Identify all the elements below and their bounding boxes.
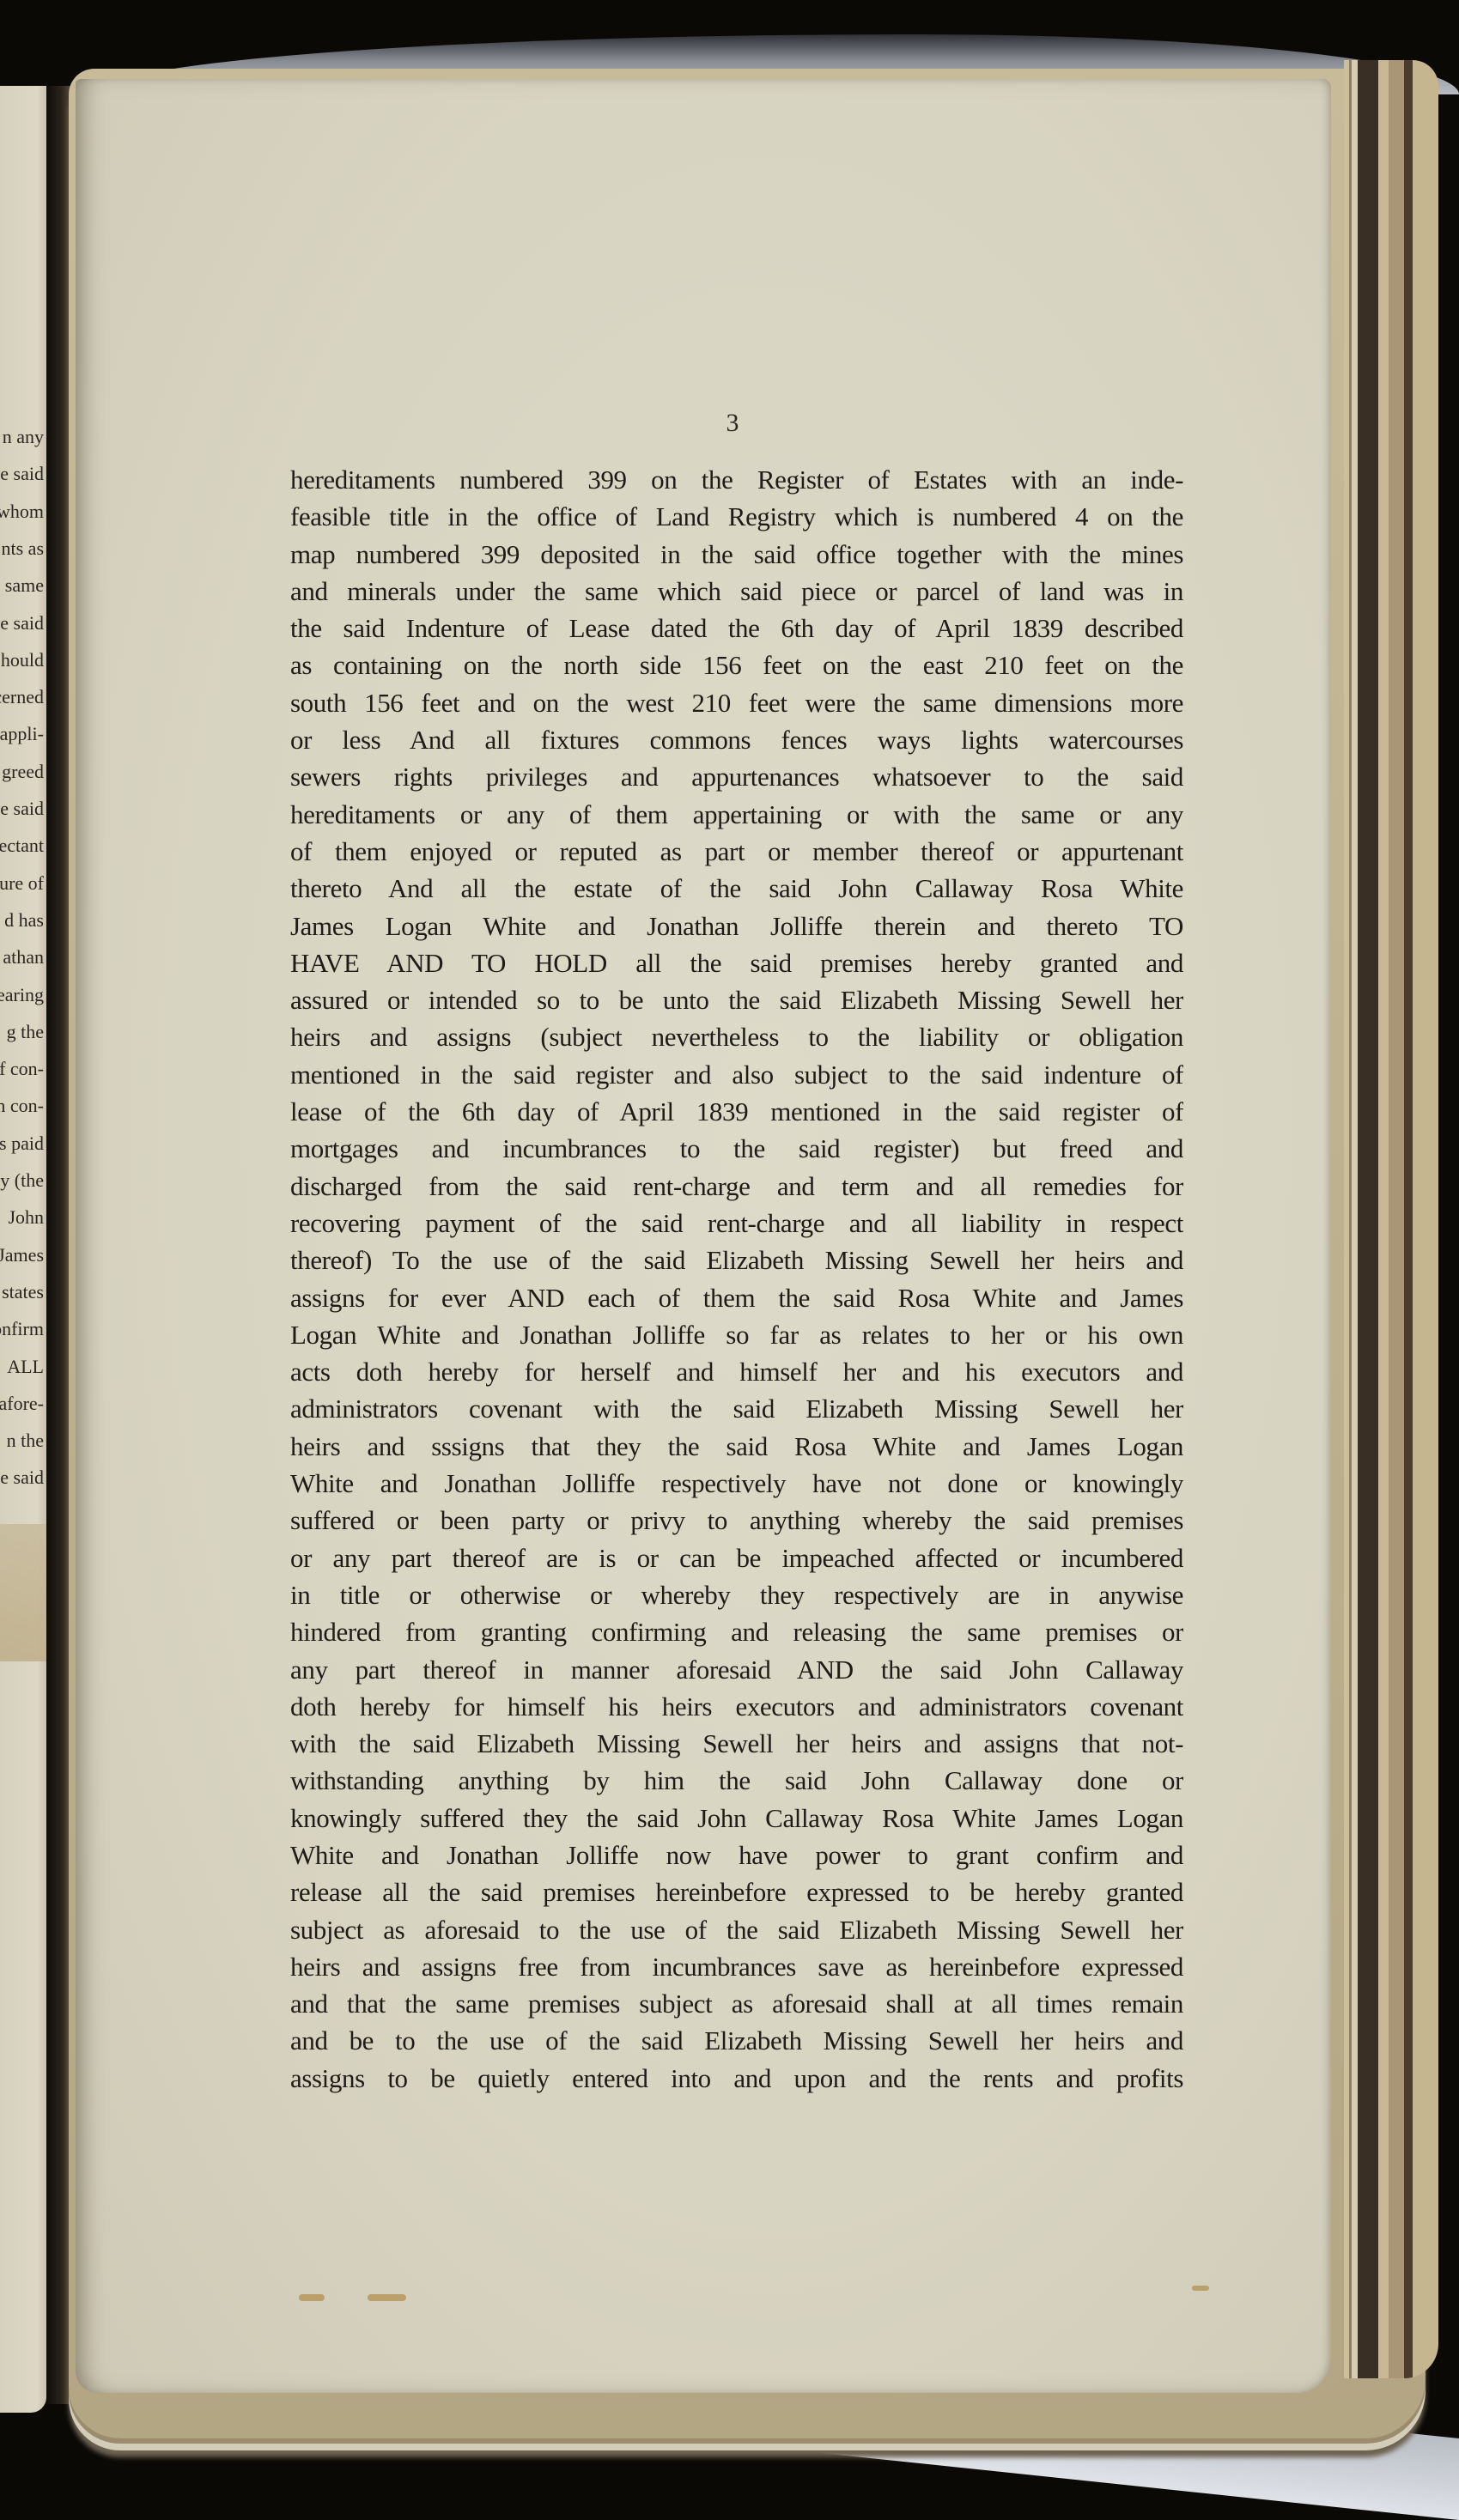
text-line: White and Jonathan Jolliffe respectively… bbox=[290, 1465, 1183, 1502]
previous-page-text-fragment: greed bbox=[2, 762, 44, 781]
previous-page-text-fragment: James bbox=[0, 1246, 44, 1265]
previous-page-text-fragment: e said bbox=[0, 614, 44, 633]
text-line: administrators covenant with the said El… bbox=[290, 1390, 1183, 1427]
previous-page-text-fragment: ectant bbox=[0, 836, 44, 855]
text-line: south 156 feet and on the west 210 feet … bbox=[290, 684, 1183, 721]
text-line: heirs and assigns free from incumbrances… bbox=[290, 1948, 1183, 1985]
text-line: or any part thereof are is or can be imp… bbox=[290, 1539, 1183, 1576]
previous-page-text-fragment: same bbox=[5, 576, 44, 595]
text-line: assigns for ever AND each of them the sa… bbox=[290, 1279, 1183, 1316]
text-line: assured or intended so to be unto the sa… bbox=[290, 981, 1183, 1018]
previous-page-text-fragment: y (the bbox=[0, 1171, 44, 1190]
text-line: and that the same premises subject as af… bbox=[290, 1985, 1183, 2022]
previous-page-text-fragment: ure of bbox=[0, 874, 44, 893]
text-line: and be to the use of the said Elizabeth … bbox=[290, 2022, 1183, 2059]
previous-page-text-fragment: d has bbox=[4, 911, 44, 930]
previous-page-text-fragment: g the bbox=[7, 1023, 44, 1041]
previous-page-text-fragment: cerned bbox=[0, 688, 44, 707]
previous-page-text-fragment: earing bbox=[0, 986, 44, 1005]
text-line: feasible title in the office of Land Reg… bbox=[290, 498, 1183, 535]
right-page-edges bbox=[1344, 60, 1438, 2378]
text-line: and minerals under the same which said p… bbox=[290, 573, 1183, 610]
text-line: heirs and assigns (subject nevertheless … bbox=[290, 1018, 1183, 1055]
text-line: recovering payment of the said rent-char… bbox=[290, 1205, 1183, 1242]
text-line: assigns to be quietly entered into and u… bbox=[290, 2060, 1183, 2097]
previous-page-edge: n anye saidwhomnts assamee saidhouldcern… bbox=[0, 86, 46, 2413]
text-line: sewers rights privileges and appurtenanc… bbox=[290, 758, 1183, 795]
previous-page-text-fragment: appli- bbox=[0, 725, 44, 744]
text-line: withstanding anything by him the said Jo… bbox=[290, 1762, 1183, 1799]
text-line: or less And all fixtures commons fences … bbox=[290, 721, 1183, 758]
text-line: Logan White and Jonathan Jolliffe so far… bbox=[290, 1316, 1183, 1353]
text-line: discharged from the said rent-charge and… bbox=[290, 1168, 1183, 1205]
text-line: of them enjoyed or reputed as part or me… bbox=[290, 833, 1183, 870]
text-line: with the said Elizabeth Missing Sewell h… bbox=[290, 1725, 1183, 1762]
text-line: hindered from granting confirming and re… bbox=[290, 1613, 1183, 1650]
text-line: knowingly suffered they the said John Ca… bbox=[290, 1800, 1183, 1837]
previous-page-text-fragment: n any bbox=[3, 428, 44, 446]
text-line: doth hereby for himself his heirs execut… bbox=[290, 1688, 1183, 1725]
previous-page-text-fragment: nts as bbox=[2, 539, 45, 558]
text-line: any part thereof in manner aforesaid AND… bbox=[290, 1651, 1183, 1688]
previous-page-text-fragment: s paid bbox=[0, 1134, 44, 1153]
text-line: suffered or been party or privy to anyth… bbox=[290, 1502, 1183, 1539]
foxing-stain bbox=[1192, 2286, 1209, 2291]
previous-page-text-fragment: John bbox=[8, 1208, 44, 1227]
text-line: subject as aforesaid to the use of the s… bbox=[290, 1911, 1183, 1948]
previous-page-text-fragment: f con- bbox=[0, 1060, 44, 1078]
text-line: thereof) To the use of the said Elizabet… bbox=[290, 1242, 1183, 1278]
text-line: acts doth hereby for herself and himself… bbox=[290, 1353, 1183, 1390]
text-line: HAVE AND TO HOLD all the said premises h… bbox=[290, 944, 1183, 981]
text-line: White and Jonathan Jolliffe now have pow… bbox=[290, 1837, 1183, 1873]
document-body: hereditaments numbered 399 on the Regist… bbox=[290, 461, 1183, 2097]
previous-page-text-fragment: states bbox=[2, 1283, 44, 1302]
previous-page-text-fragment: n con- bbox=[0, 1096, 44, 1115]
previous-page-text-fragment: whom bbox=[0, 502, 44, 521]
previous-page-text-fragment: e said bbox=[0, 799, 44, 818]
previous-page-text-fragment: n the bbox=[7, 1431, 44, 1450]
text-line: mortgages and incumbrances to the said r… bbox=[290, 1130, 1183, 1167]
text-line: map numbered 399 deposited in the said o… bbox=[290, 536, 1183, 573]
previous-page-text-fragment: ALL bbox=[7, 1357, 44, 1376]
previous-page-text-fragment: afore- bbox=[0, 1394, 44, 1413]
previous-page-text-fragment: athan bbox=[3, 948, 44, 967]
previous-page-text-fragment: hould bbox=[1, 651, 44, 670]
text-line: hereditaments or any of them appertainin… bbox=[290, 796, 1183, 833]
previous-page-text-fragment: e said bbox=[0, 1468, 44, 1487]
text-line: release all the said premises hereinbefo… bbox=[290, 1873, 1183, 1910]
text-line: in title or otherwise or whereby they re… bbox=[290, 1576, 1183, 1613]
page-number: 3 bbox=[724, 410, 741, 436]
text-line: mentioned in the said register and also … bbox=[290, 1056, 1183, 1093]
previous-page-stain bbox=[0, 1524, 46, 1661]
previous-page-text-fragment: onfirm bbox=[0, 1320, 44, 1339]
foxing-stain bbox=[368, 2294, 406, 2301]
text-line: lease of the 6th day of April 1839 menti… bbox=[290, 1093, 1183, 1130]
text-line: James Logan White and Jonathan Jolliffe … bbox=[290, 908, 1183, 944]
text-line: thereto And all the estate of the said J… bbox=[290, 870, 1183, 907]
text-line: heirs and sssigns that they the said Ros… bbox=[290, 1428, 1183, 1465]
foxing-stain bbox=[299, 2294, 325, 2301]
previous-page-text-fragment: e said bbox=[0, 465, 44, 483]
text-line: hereditaments numbered 399 on the Regist… bbox=[290, 461, 1183, 498]
text-line: the said Indenture of Lease dated the 6t… bbox=[290, 610, 1183, 647]
text-line: as containing on the north side 156 feet… bbox=[290, 647, 1183, 683]
